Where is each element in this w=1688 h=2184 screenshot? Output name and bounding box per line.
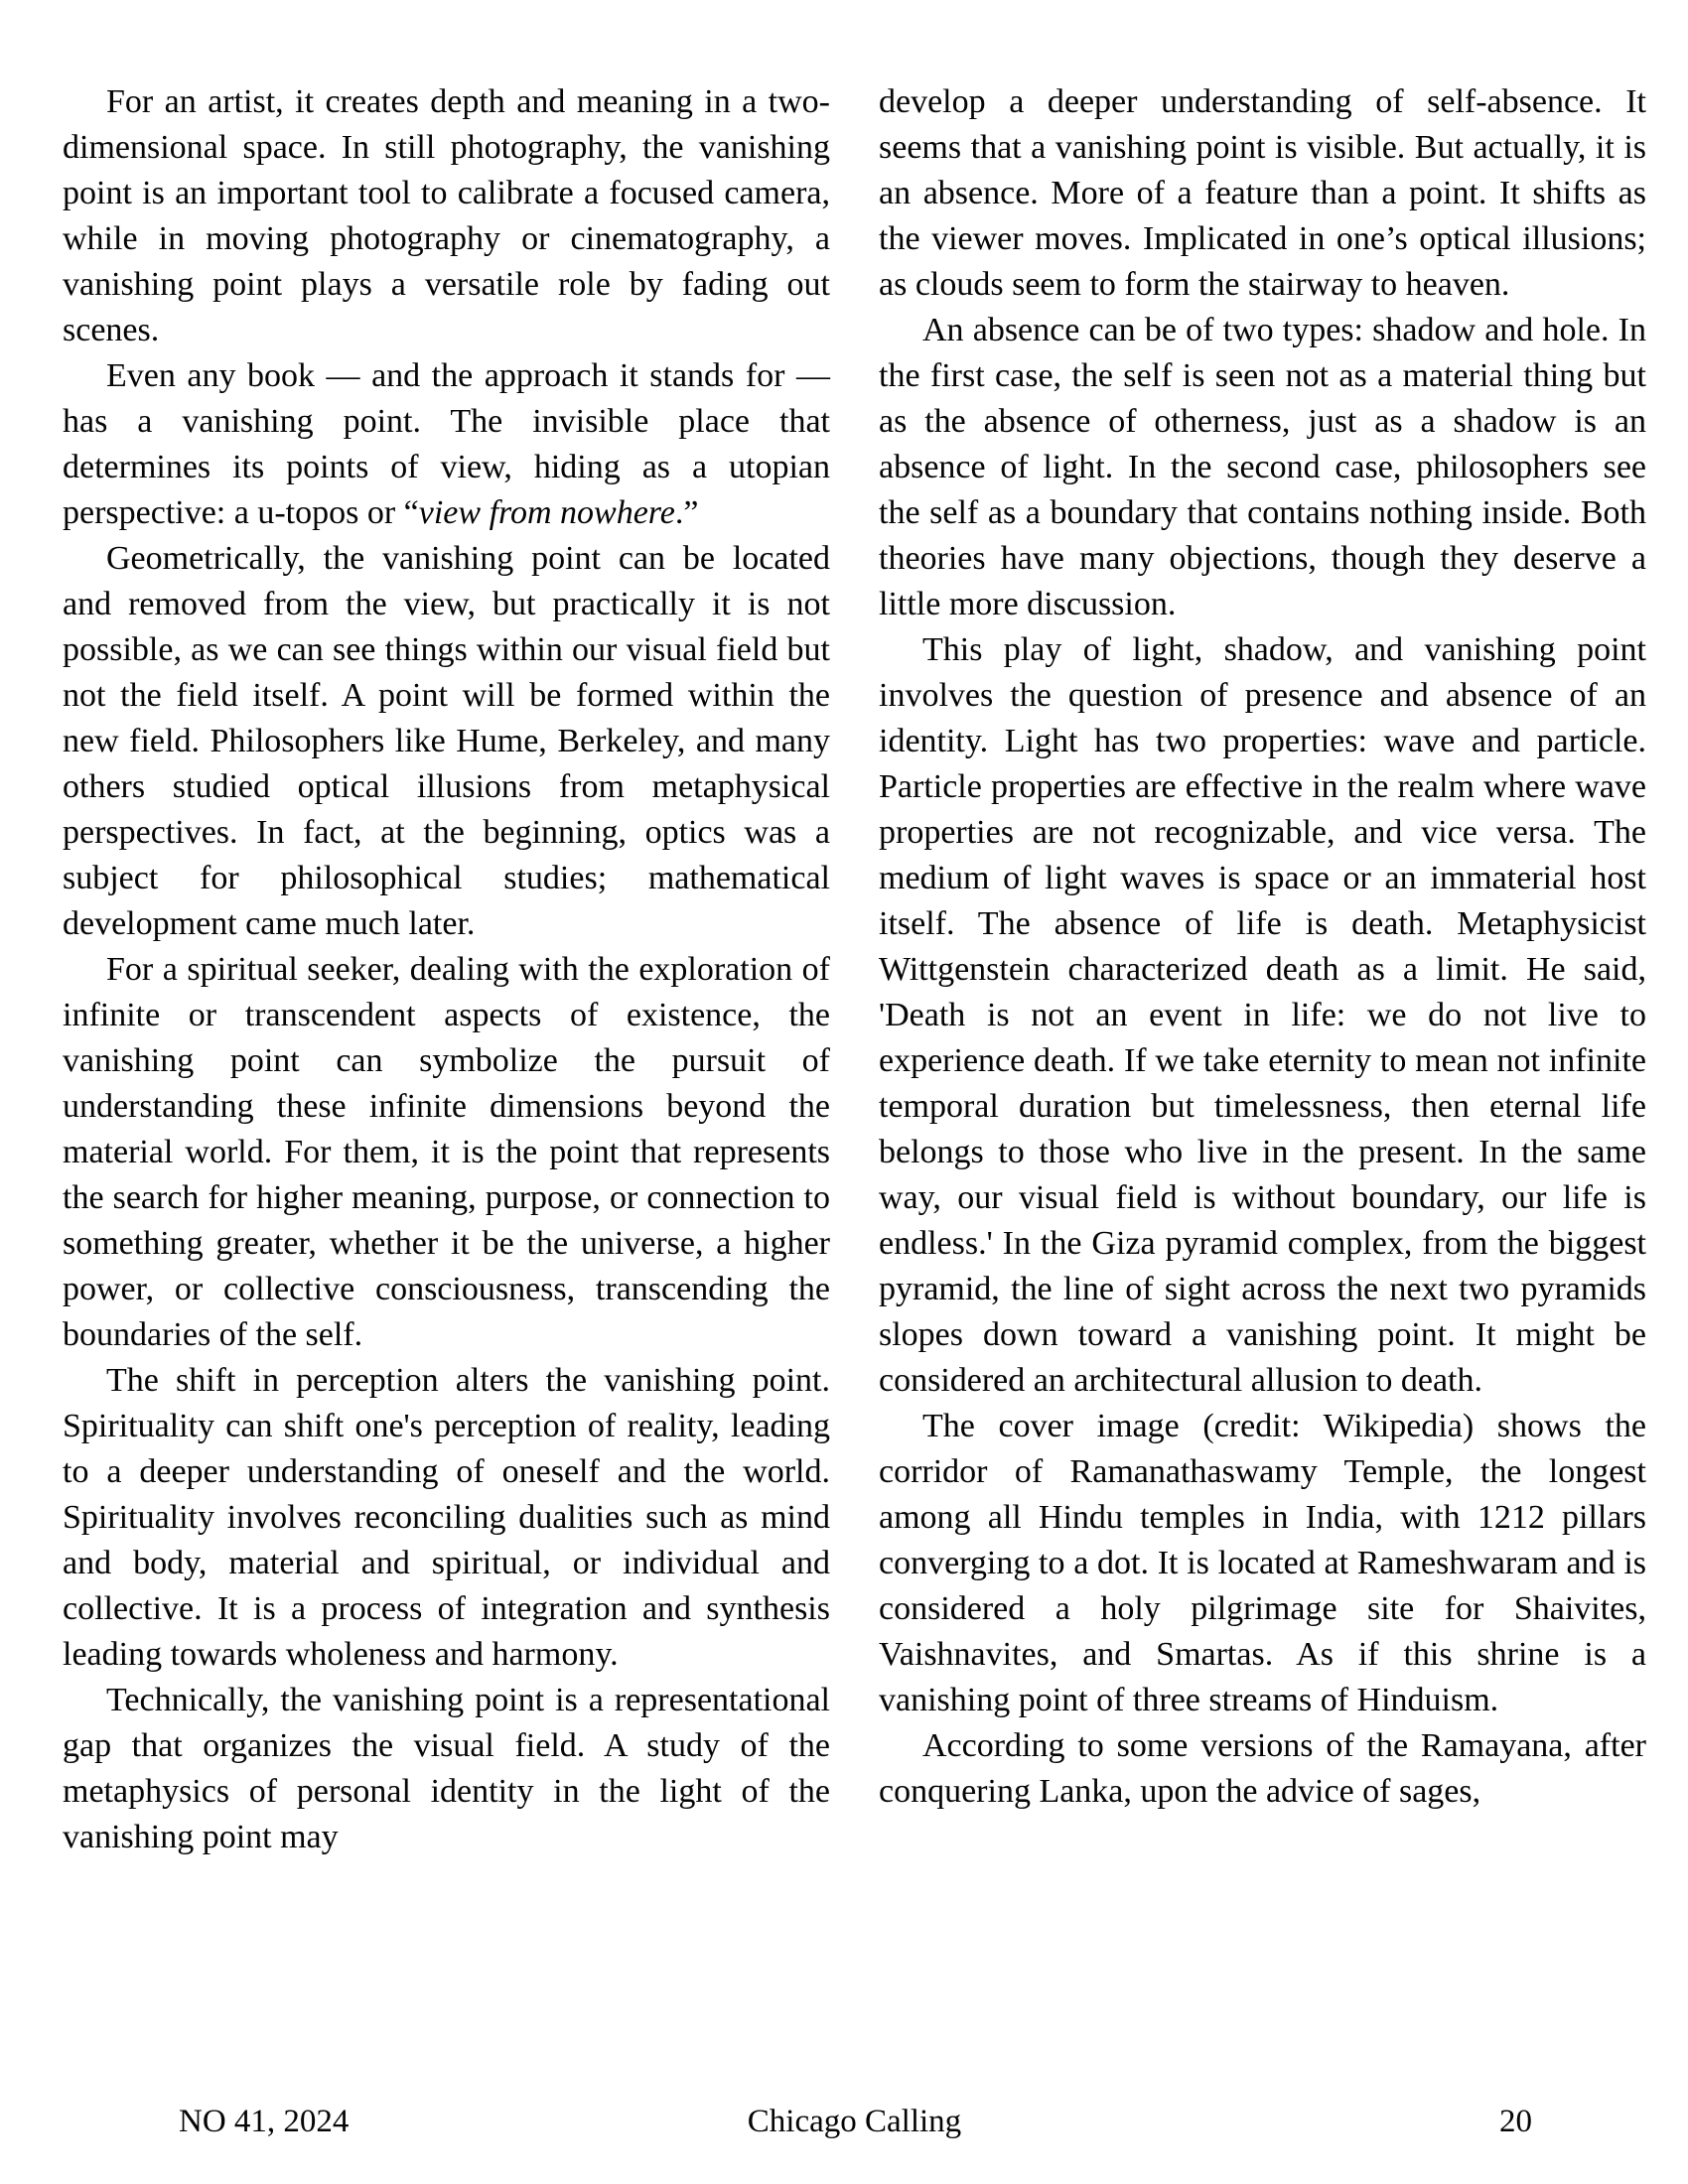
right-column: develop a deeper understanding of self-a… [879, 79, 1646, 1860]
document-page: For an artist, it creates depth and mean… [0, 0, 1688, 2184]
paragraph: This play of light, shadow, and vanishin… [879, 627, 1646, 1404]
footer-page-number: 20 [1499, 2099, 1532, 2144]
footer-journal-title: Chicago Calling [63, 2099, 1646, 2144]
paragraph: For an artist, it creates depth and mean… [63, 79, 830, 353]
page-footer: NO 41, 2024 Chicago Calling 20 [63, 2099, 1646, 2144]
paragraph: According to some versions of the Ramaya… [879, 1723, 1646, 1815]
paragraph: Technically, the vanishing point is a re… [63, 1678, 830, 1860]
paragraph-continuation: develop a deeper understanding of self-a… [879, 79, 1646, 308]
paragraph: Geometrically, the vanishing point can b… [63, 536, 830, 947]
paragraph: An absence can be of two types: shadow a… [879, 308, 1646, 627]
paragraph: Even any book — and the approach it stan… [63, 353, 830, 536]
paragraph: The cover image (credit: Wikipedia) show… [879, 1404, 1646, 1723]
paragraph-text: .” [675, 494, 699, 531]
italic-phrase: view from nowhere [419, 494, 675, 531]
paragraph: For a spiritual seeker, dealing with the… [63, 947, 830, 1358]
left-column: For an artist, it creates depth and mean… [63, 79, 830, 1860]
paragraph: The shift in perception alters the vanis… [63, 1358, 830, 1678]
article-body: For an artist, it creates depth and mean… [63, 79, 1646, 1860]
